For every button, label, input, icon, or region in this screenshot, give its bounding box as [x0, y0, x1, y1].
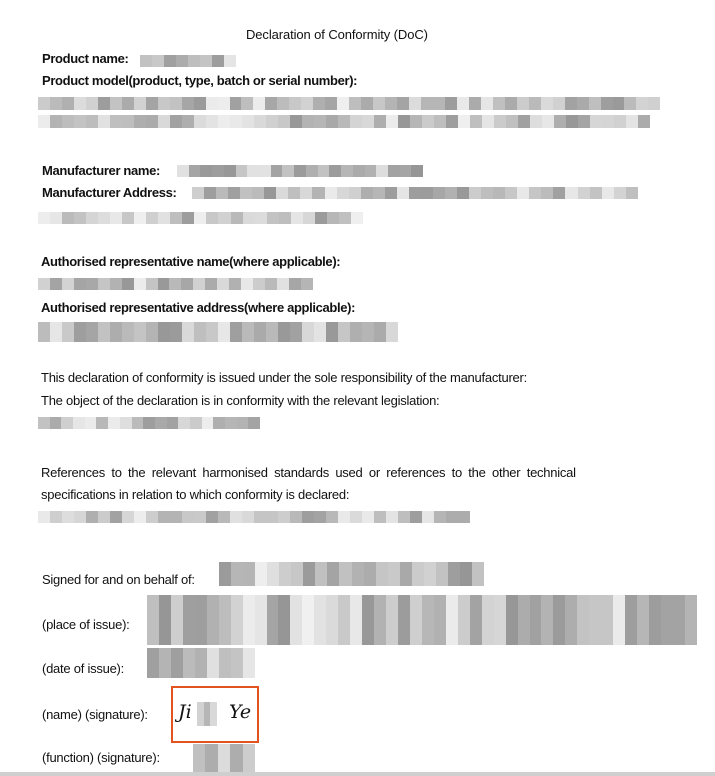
redaction-pixel: [134, 278, 146, 290]
redaction-pixel: [637, 595, 649, 645]
redaction-pixel: [553, 595, 565, 645]
redaction-pixel: [85, 417, 97, 429]
redaction-pixel: [147, 648, 159, 678]
redaction-pixel: [228, 187, 240, 199]
redaction-pixel: [189, 165, 201, 177]
redaction-pixel: [122, 278, 134, 290]
redaction-pixel: [277, 278, 289, 290]
redaction-pixel: [457, 97, 469, 110]
redaction-pixel: [122, 212, 134, 224]
redaction-pixel: [505, 187, 517, 199]
redaction-pixel: [300, 187, 312, 199]
redaction-pixel: [469, 187, 481, 199]
redaction-pixel: [204, 187, 216, 199]
redaction-pixel: [303, 212, 315, 224]
redaction-pixel: [458, 595, 470, 645]
redaction-pixel: [649, 595, 661, 645]
redaction-pixel: [134, 212, 146, 224]
redaction-pixel: [337, 97, 349, 110]
redaction-pixel: [194, 115, 206, 128]
redaction-pixel: [74, 97, 86, 110]
redaction-pixel: [577, 97, 589, 110]
auth-rep-address-label: Authorised representative address(where …: [41, 300, 355, 315]
redaction-pixel: [242, 115, 254, 128]
redaction-pixel: [182, 322, 194, 342]
redaction-pixel: [626, 187, 638, 199]
redaction-pixel: [602, 115, 614, 128]
redaction-pixel: [481, 187, 493, 199]
redaction-pixel: [122, 322, 134, 342]
redaction-pixel: [146, 212, 158, 224]
redaction-pixel: [62, 322, 74, 342]
redaction-pixel: [302, 322, 314, 342]
redaction-pixel: [50, 322, 62, 342]
redaction-pixel: [247, 165, 259, 177]
redaction-pixel: [219, 648, 231, 678]
redaction-pixel: [386, 595, 398, 645]
redaction-pixel: [230, 511, 242, 523]
redaction-pixel: [134, 97, 146, 110]
redaction-pixel: [445, 187, 457, 199]
redaction-pixel: [303, 562, 315, 586]
redaction-pixel: [446, 595, 458, 645]
redaction-pixel: [446, 511, 458, 523]
redaction-pixel: [195, 648, 207, 678]
redaction-pixel: [397, 187, 409, 199]
signature-handwriting-end: Ye: [229, 701, 251, 723]
redaction-pixel: [517, 97, 529, 110]
redaction-pixel: [505, 97, 517, 110]
redaction-pixel: [398, 115, 410, 128]
redaction-pixel: [134, 322, 146, 342]
redaction-pixel: [242, 322, 254, 342]
redaction-pixel: [255, 595, 267, 645]
redaction-pixel: [188, 55, 200, 67]
redaction-pixel: [230, 115, 242, 128]
redaction-pixel: [410, 115, 422, 128]
redaction-pixel: [254, 115, 266, 128]
redaction-pixel: [241, 97, 253, 110]
redaction-pixel: [326, 595, 338, 645]
standards-redacted: [38, 511, 470, 523]
redaction-pixel: [282, 165, 294, 177]
redaction-pixel: [302, 115, 314, 128]
redaction-pixel: [146, 511, 158, 523]
redaction-pixel: [601, 97, 613, 110]
redaction-pixel: [373, 97, 385, 110]
redaction-pixel: [98, 212, 110, 224]
redaction-pixel: [143, 417, 155, 429]
redaction-pixel: [207, 595, 219, 645]
redaction-pixel: [529, 97, 541, 110]
redaction-pixel: [50, 115, 62, 128]
redaction-pixel: [329, 165, 341, 177]
redaction-pixel: [242, 511, 254, 523]
redaction-pixel: [434, 511, 446, 523]
redaction-pixel: [541, 595, 553, 645]
redaction-pixel: [243, 595, 255, 645]
function-redacted: [193, 744, 255, 772]
redaction-pixel: [481, 97, 493, 110]
redaction-pixel: [158, 322, 170, 342]
redaction-pixel: [218, 322, 230, 342]
redaction-pixel: [248, 417, 260, 429]
redaction-pixel: [518, 115, 530, 128]
redaction-pixel: [350, 115, 362, 128]
redaction-pixel: [216, 187, 228, 199]
redaction-pixel: [169, 278, 181, 290]
redaction-pixel: [167, 417, 179, 429]
redaction-pixel: [341, 165, 353, 177]
redaction-pixel: [472, 562, 484, 586]
redaction-pixel: [337, 187, 349, 199]
redaction-pixel: [397, 97, 409, 110]
redaction-pixel: [530, 595, 542, 645]
redaction-pixel: [278, 322, 290, 342]
redaction-pixel: [206, 97, 218, 110]
redaction-pixel: [110, 322, 122, 342]
redaction-pixel: [458, 511, 470, 523]
redaction-pixel: [493, 97, 505, 110]
redaction-pixel: [409, 187, 421, 199]
redaction-pixel: [205, 278, 217, 290]
redaction-pixel: [267, 562, 279, 586]
redaction-pixel: [225, 417, 237, 429]
redaction-pixel: [351, 212, 363, 224]
redaction-pixel: [290, 322, 302, 342]
redaction-pixel: [446, 115, 458, 128]
redaction-pixel: [231, 595, 243, 645]
redaction-pixel: [279, 212, 291, 224]
redaction-pixel: [110, 511, 122, 523]
redaction-pixel: [218, 511, 230, 523]
redaction-pixel: [553, 97, 565, 110]
redaction-pixel: [306, 165, 318, 177]
redaction-pixel: [86, 511, 98, 523]
redaction-pixel: [62, 278, 74, 290]
redaction-pixel: [554, 115, 566, 128]
redaction-pixel: [255, 562, 267, 586]
redaction-pixel: [388, 562, 400, 586]
redaction-pixel: [327, 562, 339, 586]
redaction-pixel: [74, 212, 86, 224]
redaction-pixel: [206, 212, 218, 224]
redaction-pixel: [385, 187, 397, 199]
redaction-pixel: [62, 115, 74, 128]
redaction-pixel: [398, 595, 410, 645]
redaction-pixel: [361, 187, 373, 199]
redaction-pixel: [315, 212, 327, 224]
redaction-pixel: [482, 115, 494, 128]
redaction-pixel: [601, 595, 613, 645]
redaction-pixel: [349, 97, 361, 110]
redaction-pixel: [177, 165, 189, 177]
redaction-pixel: [243, 562, 255, 586]
sole-responsibility-statement: This declaration of conformity is issued…: [41, 370, 527, 385]
redaction-pixel: [614, 115, 626, 128]
date-of-issue-redacted: [147, 648, 255, 678]
redaction-pixel: [98, 278, 110, 290]
redaction-pixel: [374, 115, 386, 128]
redaction-pixel: [398, 511, 410, 523]
redaction-pixel: [96, 417, 108, 429]
redaction-pixel: [385, 97, 397, 110]
product-model-redacted-1: [38, 97, 660, 110]
redaction-pixel: [325, 97, 337, 110]
redaction-pixel: [194, 511, 206, 523]
redaction-pixel: [98, 97, 110, 110]
references-statement-line1: References to the relevant harmonised st…: [41, 465, 576, 480]
manufacturer-name-redacted: [177, 165, 423, 177]
redaction-pixel: [219, 562, 231, 586]
redaction-pixel: [194, 322, 206, 342]
redaction-pixel: [421, 187, 433, 199]
manufacturer-address-redacted-1: [192, 187, 638, 199]
redaction-pixel: [218, 97, 230, 110]
redaction-pixel: [254, 322, 266, 342]
redaction-pixel: [159, 648, 171, 678]
redaction-pixel: [205, 744, 217, 772]
redaction-pixel: [266, 322, 278, 342]
redaction-pixel: [217, 278, 229, 290]
redaction-pixel: [170, 322, 182, 342]
redaction-pixel: [192, 187, 204, 199]
redaction-pixel: [204, 702, 211, 726]
redaction-pixel: [183, 648, 195, 678]
redaction-pixel: [146, 322, 158, 342]
redaction-pixel: [230, 97, 242, 110]
redaction-pixel: [38, 115, 50, 128]
date-of-issue-label: (date of issue):: [42, 661, 124, 676]
redaction-pixel: [170, 511, 182, 523]
redaction-pixel: [62, 97, 74, 110]
redaction-pixel: [541, 97, 553, 110]
redaction-pixel: [38, 278, 50, 290]
redaction-pixel: [361, 97, 373, 110]
redaction-pixel: [193, 278, 205, 290]
redaction-pixel: [685, 595, 697, 645]
redaction-pixel: [254, 511, 266, 523]
redaction-pixel: [339, 212, 351, 224]
redaction-pixel: [229, 278, 241, 290]
place-of-issue-redacted: [147, 595, 697, 645]
redaction-pixel: [236, 165, 248, 177]
redaction-pixel: [494, 595, 506, 645]
redaction-pixel: [231, 648, 243, 678]
redaction-pixel: [362, 595, 374, 645]
redaction-pixel: [266, 511, 278, 523]
product-model-label: Product model(product, type, batch or se…: [42, 73, 357, 88]
redaction-pixel: [86, 97, 98, 110]
redaction-pixel: [38, 212, 50, 224]
object-conformity-statement: The object of the declaration is in conf…: [41, 393, 439, 408]
redaction-pixel: [240, 187, 252, 199]
redaction-pixel: [565, 187, 577, 199]
redaction-pixel: [362, 115, 374, 128]
redaction-pixel: [590, 115, 602, 128]
redaction-pixel: [374, 322, 386, 342]
redaction-pixel: [255, 212, 267, 224]
redaction-pixel: [460, 562, 472, 586]
redaction-pixel: [386, 115, 398, 128]
redaction-pixel: [386, 511, 398, 523]
redaction-pixel: [590, 187, 602, 199]
redaction-pixel: [352, 562, 364, 586]
redaction-pixel: [434, 115, 446, 128]
redaction-pixel: [74, 322, 86, 342]
redaction-pixel: [38, 322, 50, 342]
redaction-pixel: [73, 417, 85, 429]
redaction-pixel: [206, 115, 218, 128]
redaction-pixel: [518, 595, 530, 645]
redaction-pixel: [338, 115, 350, 128]
redaction-pixel: [218, 212, 230, 224]
redaction-pixel: [411, 165, 423, 177]
signed-for-label: Signed for and on behalf of:: [42, 572, 195, 587]
redaction-pixel: [62, 511, 74, 523]
redaction-pixel: [338, 595, 350, 645]
redaction-pixel: [264, 187, 276, 199]
redaction-pixel: [38, 97, 50, 110]
redaction-pixel: [350, 511, 362, 523]
redaction-pixel: [578, 187, 590, 199]
redaction-pixel: [219, 595, 231, 645]
redaction-pixel: [301, 97, 313, 110]
product-model-redacted-2: [38, 115, 650, 128]
redaction-pixel: [565, 97, 577, 110]
redaction-pixel: [327, 212, 339, 224]
redaction-pixel: [289, 278, 301, 290]
redaction-pixel: [147, 595, 159, 645]
redaction-pixel: [194, 212, 206, 224]
redaction-pixel: [362, 511, 374, 523]
redaction-pixel: [410, 595, 422, 645]
manufacturer-address-redacted-2: [38, 212, 363, 224]
redaction-pixel: [243, 648, 255, 678]
redaction-pixel: [445, 97, 457, 110]
redaction-pixel: [210, 702, 217, 726]
redaction-pixel: [74, 115, 86, 128]
redaction-pixel: [436, 562, 448, 586]
signature-redacted: [197, 702, 217, 726]
manufacturer-address-label: Manufacturer Address:: [42, 185, 176, 200]
redaction-pixel: [62, 212, 74, 224]
redaction-pixel: [86, 322, 98, 342]
redaction-pixel: [212, 165, 224, 177]
redaction-pixel: [237, 417, 249, 429]
redaction-pixel: [624, 97, 636, 110]
redaction-pixel: [290, 595, 302, 645]
redaction-pixel: [224, 55, 236, 67]
redaction-pixel: [350, 322, 362, 342]
redaction-pixel: [267, 595, 279, 645]
redaction-pixel: [50, 278, 62, 290]
redaction-pixel: [243, 212, 255, 224]
redaction-pixel: [566, 115, 578, 128]
redaction-pixel: [146, 278, 158, 290]
place-of-issue-label: (place of issue):: [42, 617, 130, 632]
redaction-pixel: [152, 55, 164, 67]
product-name-redacted: [140, 55, 236, 67]
redaction-pixel: [326, 115, 338, 128]
redaction-pixel: [50, 417, 62, 429]
redaction-pixel: [614, 187, 626, 199]
redaction-pixel: [170, 115, 182, 128]
redaction-pixel: [362, 322, 374, 342]
redaction-pixel: [482, 595, 494, 645]
redaction-pixel: [178, 417, 190, 429]
redaction-pixel: [673, 595, 685, 645]
redaction-pixel: [312, 187, 324, 199]
redaction-pixel: [565, 595, 577, 645]
redaction-pixel: [318, 165, 330, 177]
redaction-pixel: [134, 511, 146, 523]
redaction-pixel: [338, 511, 350, 523]
redaction-pixel: [230, 322, 242, 342]
redaction-pixel: [613, 97, 625, 110]
auth-rep-name-label: Authorised representative name(where app…: [41, 254, 340, 269]
redaction-pixel: [182, 97, 194, 110]
redaction-pixel: [315, 562, 327, 586]
signed-for-redacted: [219, 562, 484, 586]
redaction-pixel: [158, 511, 170, 523]
redaction-pixel: [50, 97, 62, 110]
redaction-pixel: [636, 97, 648, 110]
redaction-pixel: [529, 187, 541, 199]
redaction-pixel: [171, 595, 183, 645]
redaction-pixel: [278, 595, 290, 645]
redaction-pixel: [98, 322, 110, 342]
redaction-pixel: [253, 97, 265, 110]
redaction-pixel: [182, 212, 194, 224]
redaction-pixel: [176, 55, 188, 67]
redaction-pixel: [98, 511, 110, 523]
redaction-pixel: [200, 55, 212, 67]
redaction-pixel: [61, 417, 73, 429]
redaction-pixel: [373, 187, 385, 199]
redaction-pixel: [110, 278, 122, 290]
redaction-pixel: [506, 115, 518, 128]
redaction-pixel: [289, 97, 301, 110]
redaction-pixel: [206, 322, 218, 342]
redaction-pixel: [386, 322, 398, 342]
redaction-pixel: [469, 97, 481, 110]
redaction-pixel: [314, 595, 326, 645]
redaction-pixel: [530, 115, 542, 128]
redaction-pixel: [183, 595, 195, 645]
redaction-pixel: [200, 165, 212, 177]
redaction-pixel: [517, 187, 529, 199]
auth-rep-address-redacted: [38, 322, 398, 342]
redaction-pixel: [206, 511, 218, 523]
redaction-pixel: [218, 744, 230, 772]
redaction-pixel: [265, 97, 277, 110]
redaction-pixel: [195, 595, 207, 645]
redaction-pixel: [231, 562, 243, 586]
redaction-pixel: [626, 115, 638, 128]
redaction-pixel: [267, 212, 279, 224]
redaction-pixel: [38, 511, 50, 523]
redaction-pixel: [155, 417, 167, 429]
redaction-pixel: [86, 115, 98, 128]
redaction-pixel: [494, 115, 506, 128]
redaction-pixel: [350, 595, 362, 645]
redaction-pixel: [422, 595, 434, 645]
redaction-pixel: [448, 562, 460, 586]
redaction-pixel: [291, 562, 303, 586]
redaction-pixel: [279, 562, 291, 586]
redaction-pixel: [400, 562, 412, 586]
